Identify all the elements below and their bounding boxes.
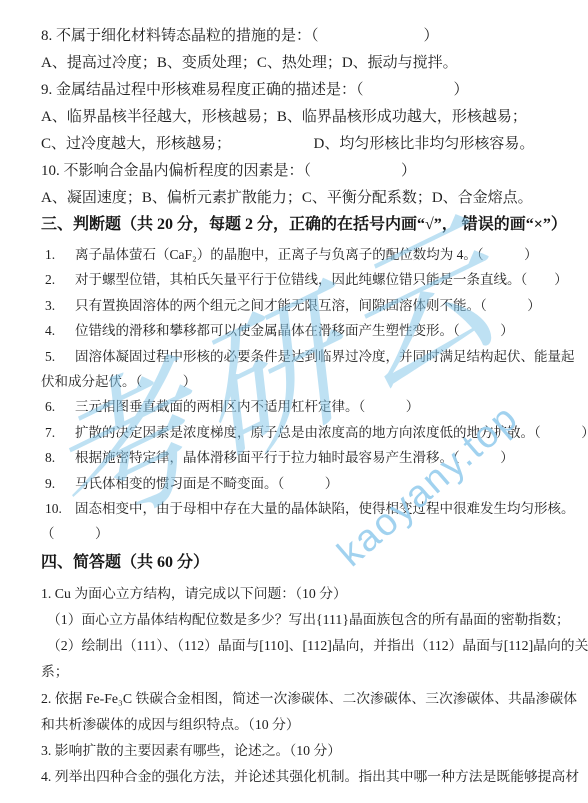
item-text: 根据施密特定律，晶体滑移面平行于拉力轴时最容易产生滑移。（ ） xyxy=(75,450,514,465)
item-number: 7. xyxy=(45,420,75,445)
item-text: 只有置换固溶体的两个组元之间才能无限互溶，间隙固溶体则不能。（ ） xyxy=(75,298,541,313)
judgment-item-line: 伏和成分起伏。（ ） xyxy=(41,369,574,394)
item-number: 2. xyxy=(45,267,75,292)
item-text: 离子晶体萤石（CaF₂）的晶胞中，正离子与负离子的配位数均为 4。（ ） xyxy=(75,247,538,262)
judgment-item-line: 1.离子晶体萤石（CaF₂）的晶胞中，正离子与负离子的配位数均为 4。（ ） xyxy=(41,242,574,267)
item-text: 三元相图垂直截面的两相区内不适用杠杆定律。（ ） xyxy=(75,399,419,414)
judgment-item-line: 5.固溶体凝固过程中形核的必要条件是达到临界过冷度，并同时满足结构起伏、能量起 xyxy=(41,344,574,369)
judgment-item-line: 6.三元相图垂直截面的两相区内不适用杠杆定律。（ ） xyxy=(41,394,574,419)
question-line: A、凝固速度；B、偏析元素扩散能力；C、平衡分配系数；D、合金熔点。 xyxy=(41,185,574,212)
short-answer-section: 1. Cu 为面心立方结构，请完成以下问题：（10 分）（1）面心立方晶体结构配… xyxy=(41,581,574,791)
item-number: 6. xyxy=(45,394,75,419)
short-answer-line: （2）绘制出（111）、（112）晶面与[110]、[112]晶向，并指出（11… xyxy=(41,633,574,659)
item-text: 位错线的滑移和攀移都可以使金属晶体在滑移面产生塑性变形。（ ） xyxy=(75,323,514,338)
question-line: 10. 不影响合金晶内偏析程度的因素是：（ ） xyxy=(41,158,574,185)
judgment-item-line: 2.对于螺型位错，其柏氏矢量平行于位错线，因此纯螺位错只能是一条直线。（ ） xyxy=(41,267,574,292)
item-number: 1. xyxy=(45,242,75,267)
item-number: 3. xyxy=(45,293,75,318)
judgment-item-line: 8.根据施密特定律，晶体滑移面平行于拉力轴时最容易产生滑移。（ ） xyxy=(41,445,574,470)
question-line: C、过冷度越大，形核越易； D、均匀形核比非均匀形核容易。 xyxy=(41,131,574,158)
multiple-choice-section: 8. 不属于细化材料铸态晶粒的措施的是：（ ）A、提高过冷度；B、变质处理；C、… xyxy=(41,23,574,212)
judgment-item-line: 9.马氏体相变的惯习面是不畸变面。（ ） xyxy=(41,471,574,496)
judgment-item-line: （ ） xyxy=(41,521,574,546)
item-text: 扩散的决定因素是浓度梯度，原子总是由浓度高的地方向浓度低的地方扩散。（ ） xyxy=(75,425,588,440)
item-number: 8. xyxy=(45,445,75,470)
short-answer-line: 2. 依据 Fe-Fe₃C 铁碳合金相图，简述一次渗碳体、二次渗碳体、三次渗碳体… xyxy=(41,686,574,712)
item-number: 9. xyxy=(45,471,75,496)
short-answer-section-heading: 四、简答题（共 60 分） xyxy=(41,550,574,576)
question-line: 8. 不属于细化材料铸态晶粒的措施的是：（ ） xyxy=(41,23,574,50)
item-text: 马氏体相变的惯习面是不畸变面。（ ） xyxy=(75,476,338,491)
judgment-item-line: 4.位错线的滑移和攀移都可以使金属晶体在滑移面产生塑性变形。（ ） xyxy=(41,318,574,343)
judgment-item-line: 3.只有置换固溶体的两个组元之间才能无限互溶，间隙固溶体则不能。（ ） xyxy=(41,293,574,318)
item-number: 5. xyxy=(45,344,75,369)
short-answer-line: 3. 影响扩散的主要因素有哪些，论述之。（10 分） xyxy=(41,738,574,764)
exam-page: 8. 不属于细化材料铸态晶粒的措施的是：（ ）A、提高过冷度；B、变质处理；C、… xyxy=(0,0,588,803)
item-text: 固溶体凝固过程中形核的必要条件是达到临界过冷度，并同时满足结构起伏、能量起 xyxy=(75,349,575,364)
item-number: 10. xyxy=(45,496,75,521)
question-line: A、提高过冷度；B、变质处理；C、热处理；D、振动与搅拌。 xyxy=(41,50,574,77)
judgment-item-line: 10.固态相变中，由于母相中存在大量的晶体缺陷，使得相变过程中很难发生均匀形核。 xyxy=(41,496,574,521)
short-answer-line: 4. 列举出四种合金的强化方法，并论述其强化机制。指出其中哪一种方法是既能够提高… xyxy=(41,764,574,790)
short-answer-line: 和共析渗碳体的成因与组织特点。（10 分） xyxy=(41,712,574,738)
question-line: 9. 金属结晶过程中形核难易程度正确的描述是：（ ） xyxy=(41,77,574,104)
judgment-section-heading: 三、判断题（共 20 分，每题 2 分，正确的在括号内画“√”， 错误的画“×”… xyxy=(41,212,574,238)
item-text: 对于螺型位错，其柏氏矢量平行于位错线，因此纯螺位错只能是一条直线。（ ） xyxy=(75,272,568,287)
short-answer-line: 1. Cu 为面心立方结构，请完成以下问题：（10 分） xyxy=(41,581,574,607)
judgment-item-line: 7.扩散的决定因素是浓度梯度，原子总是由浓度高的地方向浓度低的地方扩散。（ ） xyxy=(41,420,574,445)
judgment-section: 1.离子晶体萤石（CaF₂）的晶胞中，正离子与负离子的配位数均为 4。（ ）2.… xyxy=(41,242,574,547)
item-text: 固态相变中，由于母相中存在大量的晶体缺陷，使得相变过程中很难发生均匀形核。 xyxy=(75,501,575,516)
item-number: 4. xyxy=(45,318,75,343)
short-answer-line: 系； xyxy=(41,659,574,685)
question-line: A、临界晶核半径越大，形核越易；B、临界晶核形成功越大，形核越易； xyxy=(41,104,574,131)
short-answer-line: （1）面心立方晶体结构配位数是多少？写出{111}晶面族包含的所有晶面的密勒指数… xyxy=(41,607,574,633)
